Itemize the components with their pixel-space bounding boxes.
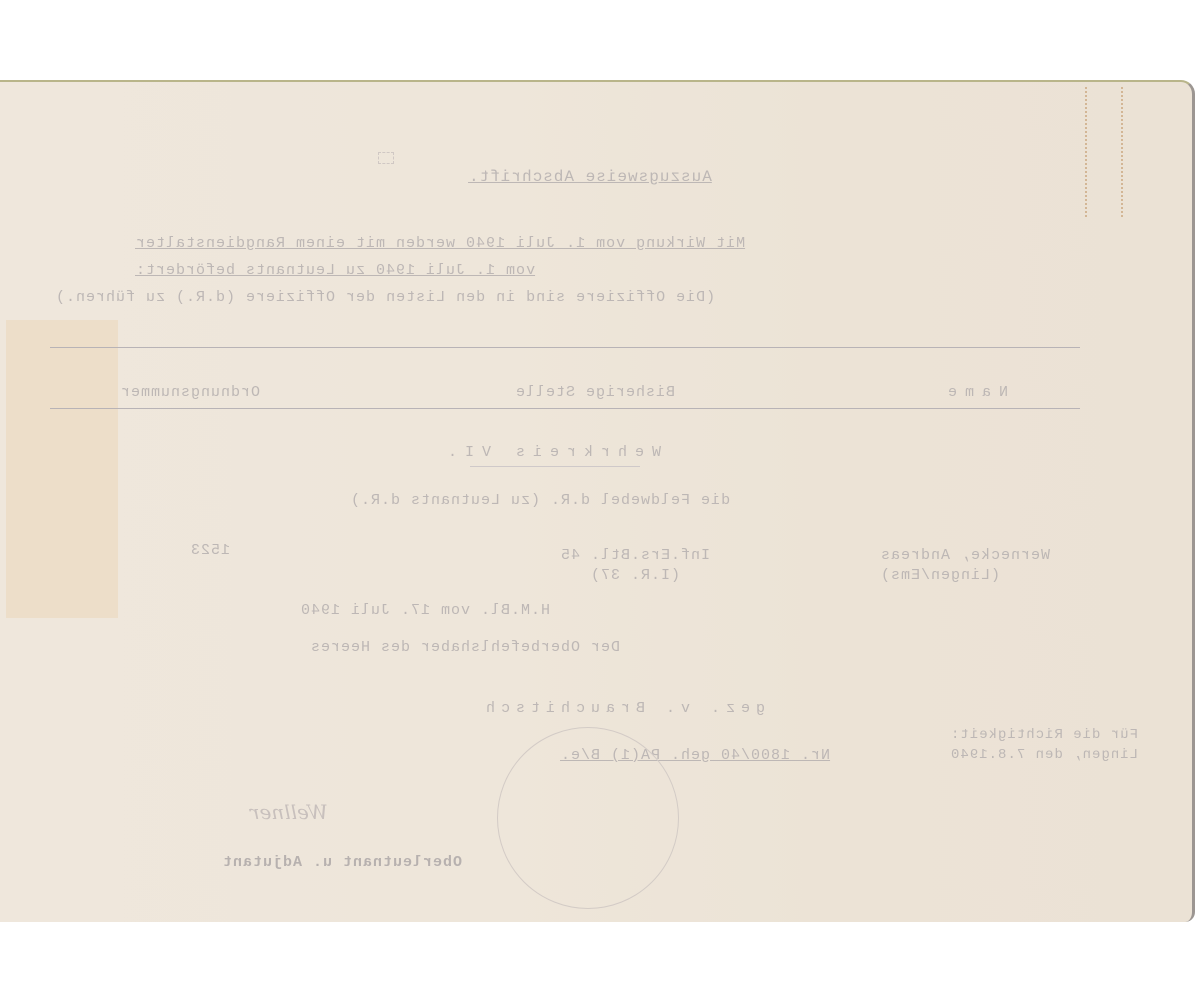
certification-line-2: Lingen, den 7.8.1940 xyxy=(950,747,1138,763)
intro-line-3: (Die Offiziere sind in den Listen der Of… xyxy=(55,289,715,306)
signatory-line: Oberleutnant u. Adjutant xyxy=(222,854,462,871)
intro-line-1: Mit Wirkung vom 1. Juli 1940 werden mit … xyxy=(135,235,745,252)
intro-line-2: vom 1. Juli 1940 zu Leutnants befördert: xyxy=(135,262,535,279)
gez-line: gez. v. Brauchitsch xyxy=(480,700,765,717)
stain-mark xyxy=(1121,87,1125,217)
tape-patch xyxy=(6,320,118,618)
section-heading: Wehrkreis VI. xyxy=(440,444,661,461)
section-subheading: die Feldwebel d.R. (zu Leutnants d.R.) xyxy=(350,492,730,509)
header-name: Name xyxy=(940,384,1008,401)
entry-prior-post-sub: (I.R. 37) xyxy=(590,567,680,584)
issuer-line: Der Oberbefehlshaber des Heeres xyxy=(310,639,620,656)
source-line: H.M.Bl. vom 17. Juli 1940 xyxy=(300,602,550,619)
table-top-rule xyxy=(50,347,1080,348)
entry-name: Wernecke, Andreas xyxy=(880,547,1050,564)
entry-prior-post: Inf.Ers.Btl. 45 xyxy=(560,547,710,564)
official-stamp xyxy=(497,727,679,909)
table-header-rule xyxy=(50,408,1080,409)
certification-line-1: Für die Richtigkeit: xyxy=(950,727,1138,743)
document-paper: Auszugsweise Abschrift. Mit Wirkung vom … xyxy=(0,80,1195,922)
stain-mark xyxy=(1085,87,1089,217)
entry-place: (Lingen/Ems) xyxy=(880,567,1000,584)
section-heading-underline xyxy=(470,466,640,467)
document-title: Auszugsweise Abschrift. xyxy=(468,168,712,186)
stamp-mark-icon xyxy=(378,152,394,164)
header-order-number: Ordnungsnummer xyxy=(120,384,260,401)
signature: Wellner xyxy=(250,800,328,824)
header-prior-post: Bisherige Stelle xyxy=(515,384,675,401)
entry-order-number: 1523 xyxy=(190,542,230,559)
